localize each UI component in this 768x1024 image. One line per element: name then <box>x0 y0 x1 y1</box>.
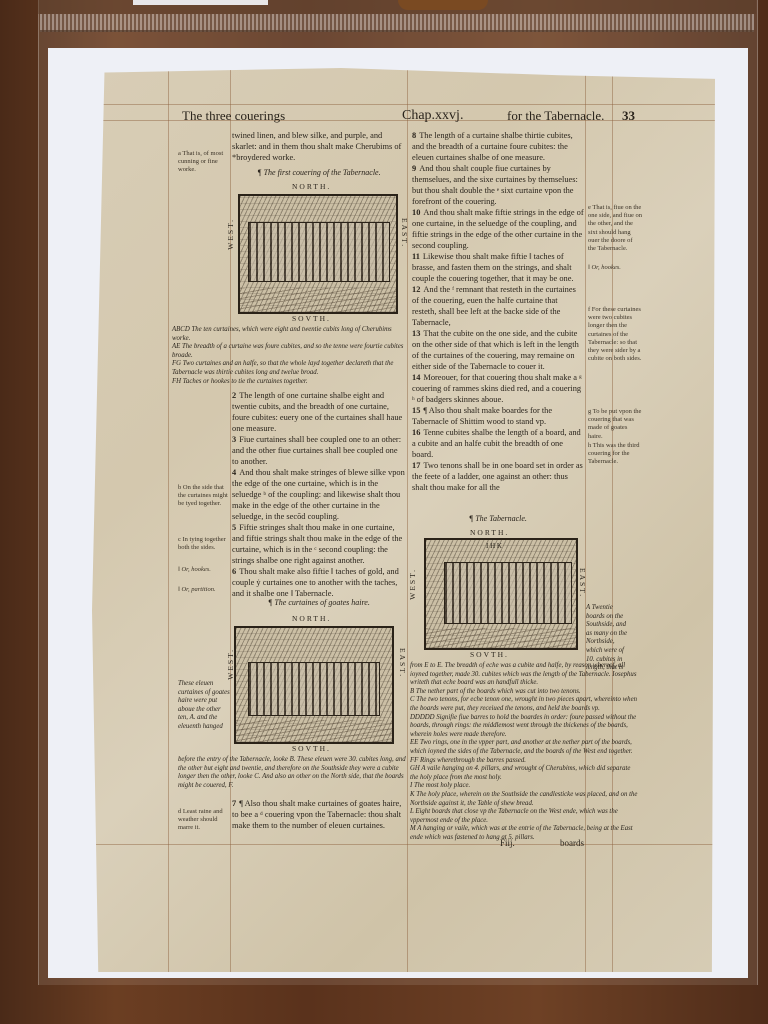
margin-note: a That is, of most cunning or fine worke… <box>178 150 228 175</box>
verse: 8The length of a curtaine shalbe thirtie… <box>412 130 584 163</box>
woodcut-goats-hair <box>234 626 394 744</box>
margin-note: ‖ Or, partition. <box>178 586 228 594</box>
ground-illustration <box>426 628 576 648</box>
margin-note: ‖ Or, hookes. <box>178 566 228 574</box>
compass-south: SOVTH. <box>292 744 331 753</box>
verse-number: 5 <box>232 523 236 532</box>
rule-line <box>92 104 715 105</box>
legend-line: M A hanging or vaile, which was at the e… <box>410 825 638 842</box>
verse-number: 16 <box>412 428 420 437</box>
verse: 3Fiue curtaines shall bee coupled one to… <box>232 434 406 467</box>
margin-note: c In tying together both the sides. <box>178 536 228 552</box>
figure-legend: ABCD The ten curtaines, which were eight… <box>172 326 408 386</box>
woodcut-tabernacle: I H K <box>424 538 578 650</box>
compass-north: NORTH. <box>470 528 509 537</box>
verse-number: 8 <box>412 131 416 140</box>
bible-leaf: The three couerings Chap.xxvj. for the T… <box>92 68 715 972</box>
legend-line: GH A vaile hanging on 4. pillars, and wr… <box>410 765 638 782</box>
hang-hole <box>398 0 488 10</box>
verse: 15¶ Also thou shalt make boardes for the… <box>412 405 584 427</box>
verse-text: That the cubite on the one side, and the… <box>412 329 579 371</box>
legend-line: FH Taches or hookes to tie the curtaines… <box>172 378 408 387</box>
catchword: boards <box>560 838 584 848</box>
verse: 6Thou shalt make also fiftie ‖ taches of… <box>232 566 406 599</box>
margin-note: d Least raine and weather should marre i… <box>178 808 230 833</box>
legend-line: B The nether part of the boards which wa… <box>410 688 638 697</box>
verse-number: 14 <box>412 373 420 382</box>
margin-note: b On the side that the curtaines might b… <box>178 484 230 509</box>
figure-title: ¶ The curtaines of goates haire. <box>232 598 406 607</box>
tent-illustration <box>248 662 380 716</box>
verse: 9And thou shalt couple fiue curtaines by… <box>412 163 584 207</box>
verse-text: The length of a curtaine shalbe thirtie … <box>412 131 573 162</box>
tabernacle-boards-illustration <box>444 562 572 624</box>
verse-block: 2The length of one curtaine shalbe eight… <box>232 390 406 599</box>
verse-number: 12 <box>412 285 420 294</box>
tabernacle-illustration <box>248 222 390 282</box>
verse-number: 6 <box>232 567 236 576</box>
compass-west: WEST. <box>226 218 235 250</box>
verse: 4And thou shalt make stringes of blewe s… <box>232 467 406 522</box>
compass-north: NORTH. <box>292 182 331 191</box>
verse-text: Thou shalt make also fiftie ‖ taches of … <box>232 567 399 598</box>
verse-number: 15 <box>412 406 420 415</box>
rule-line <box>92 844 715 845</box>
page-number: 33 <box>622 108 635 124</box>
compass-west: WEST. <box>408 568 417 600</box>
margin-note: g To be put vpon the couering that was m… <box>588 408 642 441</box>
sleeve-label <box>133 0 268 5</box>
legend-line: K The holy place, wherein on the Southsi… <box>410 791 638 808</box>
compass-east: EAST. <box>578 568 587 598</box>
verse-number: 7 <box>232 799 236 808</box>
woodcut-first-covering <box>238 194 398 314</box>
figure-title: ¶ The Tabernacle. <box>412 514 584 523</box>
verse: 2The length of one curtaine shalbe eight… <box>232 390 406 434</box>
verse-number: 11 <box>412 252 420 261</box>
verse-text: Fiue curtaines shall bee coupled one to … <box>232 435 401 466</box>
compass-east: EAST. <box>398 648 407 678</box>
verse-text: And the ᶠ remnant that resteth in the cu… <box>412 285 576 327</box>
figure-side-caption: These eleuen curtaines of goates haire w… <box>178 680 232 732</box>
verse-text: The length of one curtaine shalbe eight … <box>232 391 402 433</box>
rule-line <box>407 68 408 972</box>
resealable-strip <box>40 14 754 32</box>
legend-line: AE The breadth of a curtaine was foure c… <box>172 343 408 360</box>
verse-number: 10 <box>412 208 420 217</box>
verse-number: 2 <box>232 391 236 400</box>
compass-south: SOVTH. <box>470 650 509 659</box>
legend-line: ABCD The ten curtaines, which were eight… <box>172 326 408 343</box>
verse: 17Two tenons shall be in one board set i… <box>412 460 584 493</box>
verse-number: 17 <box>412 461 420 470</box>
verse-number: 13 <box>412 329 420 338</box>
verse-text: Tenne cubites shalbe the length of a boa… <box>412 428 581 459</box>
compass-east: EAST. <box>400 218 409 248</box>
rule-line <box>168 68 169 972</box>
ground-illustration <box>240 288 396 312</box>
verse: 16Tenne cubites shalbe the length of a b… <box>412 427 584 460</box>
compass-south: SOVTH. <box>292 314 331 323</box>
rule-line <box>230 68 231 972</box>
verse-text: Fiftie stringes shalt thou make in one c… <box>232 523 402 565</box>
sleeve-header <box>38 0 756 14</box>
signature-mark: Fiij. <box>500 838 515 848</box>
verse: 5Fiftie stringes shalt thou make in one … <box>232 522 406 566</box>
verse: 10And thou shalt make fiftie strings in … <box>412 207 584 251</box>
verse-text: And thou shalt make stringes of blewe si… <box>232 468 405 521</box>
verse-number: 4 <box>232 468 236 477</box>
legend-line: I The most holy place. <box>410 782 638 791</box>
verse-number: 9 <box>412 164 416 173</box>
legend-line: FG Two curtaines and an halfe, so that t… <box>172 360 408 377</box>
verse-text: Moreouer, for that couering thou shalt m… <box>412 373 582 404</box>
verse-text: Likewise thou shalt make fiftie ‖ taches… <box>412 252 574 283</box>
legend-line: L Eight boards that close vp the Taberna… <box>410 808 638 825</box>
verse: 7¶ Also thou shalt make curtaines of goa… <box>232 798 406 831</box>
verse-text: Two tenons shall be in one board set in … <box>412 461 583 492</box>
verse-fragment: twined linen, and blew silke, and purple… <box>232 130 406 163</box>
figure-legend: before the entry of the Tabernacle, look… <box>178 756 408 790</box>
margin-note: e That is, fiue on the one side, and fiu… <box>588 204 642 253</box>
legend-line: from E to E. The breadth of eche was a c… <box>410 662 638 688</box>
compass-north: NORTH. <box>292 614 331 623</box>
verse: 12And the ᶠ remnant that resteth in the … <box>412 284 584 328</box>
margin-note: f For these curtaines were two cubites l… <box>588 306 642 363</box>
verse-text: ¶ Also thou shalt make boardes for the T… <box>412 406 552 426</box>
margin-note: ‖ Or, hookes. <box>588 264 642 272</box>
verse-number: 3 <box>232 435 236 444</box>
verse-block: 8The length of a curtaine shalbe thirtie… <box>412 130 584 493</box>
ground-illustration <box>236 720 392 742</box>
figure-letters: I H K <box>486 542 502 550</box>
verse: 11Likewise thou shalt make fiftie ‖ tach… <box>412 251 584 284</box>
verse: 13That the cubite on the one side, and t… <box>412 328 584 372</box>
margin-note: h This was the third couering for the Ta… <box>588 442 642 467</box>
running-head-right: for the Tabernacle. <box>507 108 604 124</box>
legend-line: EE Two rings, one in the vpper part, and… <box>410 739 638 756</box>
verse-text: And thou shalt couple fiue curtaines by … <box>412 164 578 206</box>
running-head-left: The three couerings <box>182 108 285 124</box>
legend-line: C The two tenons, for eche tenon one, wr… <box>410 696 638 713</box>
verse-text: ¶ Also thou shalt make curtaines of goat… <box>232 799 401 830</box>
verse: 14Moreouer, for that couering thou shalt… <box>412 372 584 405</box>
verse-text: And thou shalt make fiftie strings in th… <box>412 208 584 250</box>
figure-legend: from E to E. The breadth of eche was a c… <box>410 662 638 842</box>
legend-line: DDDDD Signifie fiue barres to hold the b… <box>410 714 638 740</box>
legend-line: FF Rings wherethrough the barres passed. <box>410 757 638 766</box>
chapter-heading: Chap.xxvj. <box>402 108 463 124</box>
figure-title: ¶ The first couering of the Tabernacle. <box>232 168 406 177</box>
